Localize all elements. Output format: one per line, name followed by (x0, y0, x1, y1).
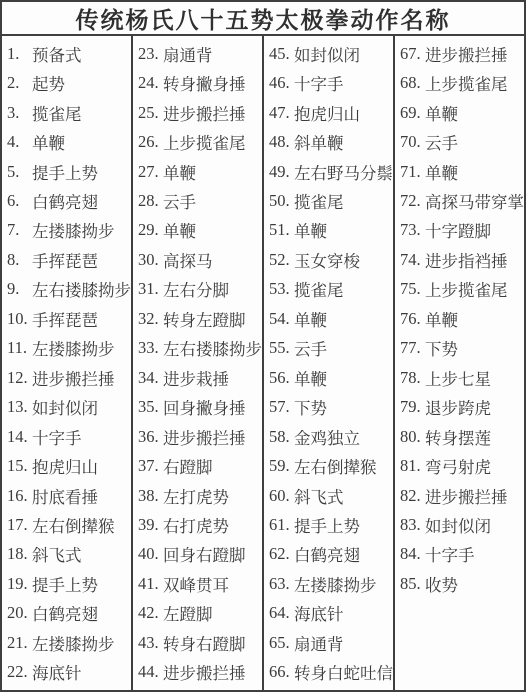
list-item: 24.转身撇身捶 (133, 68, 262, 97)
list-item: 17.左右倒撵猴 (2, 510, 131, 539)
list-item: 7.左搂膝拗步 (2, 216, 131, 245)
list-item-name: 单鞭 (294, 366, 327, 390)
list-item: 1.预备式 (2, 39, 131, 68)
list-item-name: 收势 (425, 572, 458, 596)
list-item-number: 59. (269, 456, 294, 476)
list-item-number: 77. (400, 338, 425, 358)
list-item: 54.单鞭 (264, 304, 393, 333)
list-item-name: 玉女穿梭 (294, 248, 360, 272)
list-item: 30.高探马 (133, 245, 262, 274)
list-item-name: 白鹤亮翅 (32, 601, 98, 625)
list-item-name: 手挥琵琶 (32, 307, 98, 331)
list-item-number: 27. (138, 162, 163, 182)
list-item: 67.进步搬拦捶 (395, 39, 524, 68)
list-item: 12.进步搬拦捶 (2, 363, 131, 392)
list-item-name: 进步栽捶 (163, 366, 229, 390)
list-item-name: 转身摆莲 (425, 425, 491, 449)
list-item: 4.单鞭 (2, 127, 131, 156)
list-item: 43.转身右蹬脚 (133, 628, 262, 657)
list-item: 70.云手 (395, 127, 524, 156)
list-item: 15.抱虎归山 (2, 451, 131, 480)
list-item-number: 44. (138, 662, 163, 682)
list-item-number: 10. (7, 309, 32, 329)
list-item-name: 进步搬拦捶 (163, 660, 246, 684)
list-item: 60.斜飞式 (264, 481, 393, 510)
list-item: 77.下势 (395, 334, 524, 363)
list-item-number: 78. (400, 368, 425, 388)
list-item: 48.斜单鞭 (264, 127, 393, 156)
list-item-number: 52. (269, 250, 294, 270)
list-item: 73.十字蹬脚 (395, 216, 524, 245)
list-item-name: 左右搂膝拗步 (32, 277, 131, 301)
list-item: 46.十字手 (264, 68, 393, 97)
list-item: 68.上步揽雀尾 (395, 68, 524, 97)
list-item: 36.进步搬拦捶 (133, 422, 262, 451)
list-item: 31.左右分脚 (133, 275, 262, 304)
list-item: 76.单鞭 (395, 304, 524, 333)
list-item-number: 80. (400, 427, 425, 447)
list-item-name: 上步揽雀尾 (425, 71, 508, 95)
list-item-number: 54. (269, 309, 294, 329)
list-item-name: 揽雀尾 (294, 189, 344, 213)
list-item-name: 单鞭 (425, 160, 458, 184)
list-item-name: 进步搬拦捶 (163, 425, 246, 449)
list-item-number: 50. (269, 191, 294, 211)
list-item-name: 单鞭 (425, 101, 458, 125)
list-item-name: 左搂膝拗步 (294, 572, 377, 596)
list-item: 20.白鹤亮翅 (2, 599, 131, 628)
list-item-number: 82. (400, 486, 425, 506)
list-item: 57.下势 (264, 392, 393, 421)
list-item: 10.手挥琵琶 (2, 304, 131, 333)
list-item-number: 28. (138, 191, 163, 211)
column-3: 45.如封似闭46.十字手47.抱虎归山48.斜单鞭49.左右野马分鬃50.揽雀… (264, 36, 395, 690)
list-item-name: 金鸡独立 (294, 425, 360, 449)
list-item-name: 上步揽雀尾 (425, 277, 508, 301)
list-item-name: 揽雀尾 (294, 277, 344, 301)
list-item: 63.左搂膝拗步 (264, 569, 393, 598)
list-item: 79.退步跨虎 (395, 392, 524, 421)
list-item-number: 22. (7, 662, 32, 682)
list-item-number: 41. (138, 574, 163, 594)
list-item-name: 转身右蹬脚 (163, 631, 246, 655)
list-item: 5.提手上势 (2, 157, 131, 186)
list-item: 71.单鞭 (395, 157, 524, 186)
list-item-name: 单鞭 (32, 130, 65, 154)
list-item-number: 46. (269, 73, 294, 93)
list-item-name: 回身右蹬脚 (163, 542, 246, 566)
list-item-number: 81. (400, 456, 425, 476)
list-item: 61.提手上势 (264, 510, 393, 539)
list-item: 81.弯弓射虎 (395, 451, 524, 480)
list-item: 27.单鞭 (133, 157, 262, 186)
list-item-number: 29. (138, 220, 163, 240)
list-item (395, 599, 524, 628)
list-item-number: 6. (7, 191, 32, 211)
list-item-number: 47. (269, 103, 294, 123)
list-item: 39.右打虎势 (133, 510, 262, 539)
list-item-name: 左打虎势 (163, 484, 229, 508)
list-item: 29.单鞭 (133, 216, 262, 245)
list-item-name: 左蹬脚 (163, 601, 213, 625)
list-item-name: 斜单鞭 (294, 130, 344, 154)
list-item-name: 转身左蹬脚 (163, 307, 246, 331)
list-item-name: 云手 (425, 130, 458, 154)
list-item-name: 扇通背 (163, 42, 213, 66)
list-item-name: 提手上势 (294, 513, 360, 537)
list-item-number: 60. (269, 486, 294, 506)
list-item: 33.左右搂膝拗步 (133, 334, 262, 363)
list-item: 11.左搂膝拗步 (2, 334, 131, 363)
list-item: 9.左右搂膝拗步 (2, 275, 131, 304)
list-item: 3.揽雀尾 (2, 98, 131, 127)
list-item-name: 下势 (294, 395, 327, 419)
list-item: 56.单鞭 (264, 363, 393, 392)
list-item: 38.左打虎势 (133, 481, 262, 510)
list-item-number: 14. (7, 427, 32, 447)
list-item-name: 左搂膝拗步 (32, 336, 115, 360)
list-item: 78.上步七星 (395, 363, 524, 392)
list-item-name: 左搂膝拗步 (32, 218, 115, 242)
movement-table: 1.预备式2.起势3.揽雀尾4.单鞭5.提手上势6.白鹤亮翅7.左搂膝拗步8.手… (2, 36, 524, 690)
list-item-name: 退步跨虎 (425, 395, 491, 419)
page-title: 传统杨氏八十五势太极拳动作名称 (2, 2, 524, 36)
movement-list-sheet: 传统杨氏八十五势太极拳动作名称 1.预备式2.起势3.揽雀尾4.单鞭5.提手上势… (0, 0, 526, 692)
list-item-name: 进步指裆捶 (425, 248, 508, 272)
list-item-number: 23. (138, 44, 163, 64)
list-item-name: 左搂膝拗步 (32, 631, 115, 655)
list-item: 53.揽雀尾 (264, 275, 393, 304)
list-item: 84.十字手 (395, 540, 524, 569)
list-item-number: 51. (269, 220, 294, 240)
list-item: 45.如封似闭 (264, 39, 393, 68)
list-item-name: 单鞭 (294, 218, 327, 242)
list-item-name: 起势 (32, 71, 65, 95)
list-item-name: 进步搬拦捶 (425, 42, 508, 66)
list-item-number: 64. (269, 603, 294, 623)
list-item-number: 16. (7, 486, 32, 506)
list-item-number: 79. (400, 397, 425, 417)
list-item-number: 74. (400, 250, 425, 270)
list-item-name: 如封似闭 (294, 42, 360, 66)
list-item-number: 49. (269, 162, 294, 182)
list-item: 72.高探马带穿掌 (395, 186, 524, 215)
list-item-name: 手挥琵琶 (32, 248, 98, 272)
list-item-name: 单鞭 (294, 307, 327, 331)
list-item: 25.进步搬拦捶 (133, 98, 262, 127)
list-item: 51.单鞭 (264, 216, 393, 245)
list-item: 55.云手 (264, 334, 393, 363)
list-item-name: 海底针 (294, 601, 344, 625)
list-item-number: 7. (7, 220, 32, 240)
list-item-number: 61. (269, 515, 294, 535)
list-item-name: 白鹤亮翅 (32, 189, 98, 213)
list-item (395, 658, 524, 687)
list-item-number: 38. (138, 486, 163, 506)
list-item: 52.玉女穿梭 (264, 245, 393, 274)
list-item-name: 左右倒撵猴 (294, 454, 377, 478)
list-item-number: 76. (400, 309, 425, 329)
list-item-number: 33. (138, 338, 163, 358)
list-item-number: 71. (400, 162, 425, 182)
list-item-name: 上步揽雀尾 (163, 130, 246, 154)
list-item-number: 36. (138, 427, 163, 447)
list-item-name: 十字蹬脚 (425, 218, 491, 242)
list-item: 22.海底针 (2, 658, 131, 687)
list-item: 69.单鞭 (395, 98, 524, 127)
list-item-number: 83. (400, 515, 425, 535)
list-item-number: 8. (7, 250, 32, 270)
list-item-number: 45. (269, 44, 294, 64)
list-item-name: 左右倒撵猴 (32, 513, 115, 537)
list-item-number: 58. (269, 427, 294, 447)
list-item-name: 右打虎势 (163, 513, 229, 537)
list-item-number: 5. (7, 162, 32, 182)
list-item-name: 左右搂膝拗步 (163, 336, 262, 360)
list-item-name: 十字手 (425, 542, 475, 566)
list-item-number: 43. (138, 633, 163, 653)
list-item-name: 双峰贯耳 (163, 572, 229, 596)
list-item: 42.左蹬脚 (133, 599, 262, 628)
list-item-name: 提手上势 (32, 160, 98, 184)
list-item-name: 斜飞式 (294, 484, 344, 508)
list-item-name: 高探马 (163, 248, 213, 272)
list-item-name: 转身撇身捶 (163, 71, 246, 95)
list-item-name: 右蹬脚 (163, 454, 213, 478)
list-item-name: 高探马带穿掌 (425, 189, 524, 213)
list-item-name: 如封似闭 (425, 513, 491, 537)
list-item: 47.抱虎归山 (264, 98, 393, 127)
list-item-number: 1. (7, 44, 32, 64)
list-item: 62.白鹤亮翅 (264, 540, 393, 569)
list-item-number: 11. (7, 338, 32, 358)
list-item-number: 18. (7, 544, 32, 564)
list-item: 2.起势 (2, 68, 131, 97)
list-item-name: 单鞭 (163, 218, 196, 242)
list-item-number: 68. (400, 73, 425, 93)
list-item: 26.上步揽雀尾 (133, 127, 262, 156)
list-item-name: 回身撇身捶 (163, 395, 246, 419)
list-item-number: 25. (138, 103, 163, 123)
list-item-number: 55. (269, 338, 294, 358)
list-item-number: 75. (400, 279, 425, 299)
list-item-number: 17. (7, 515, 32, 535)
list-item: 28.云手 (133, 186, 262, 215)
list-item-number: 56. (269, 368, 294, 388)
list-item-name: 抱虎归山 (32, 454, 98, 478)
list-item: 18.斜飞式 (2, 540, 131, 569)
list-item-name: 海底针 (32, 660, 82, 684)
list-item-name: 云手 (163, 189, 196, 213)
list-item: 40.回身右蹬脚 (133, 540, 262, 569)
list-item-number: 3. (7, 103, 32, 123)
list-item-name: 云手 (294, 336, 327, 360)
list-item-name: 转身白蛇吐信 (294, 660, 393, 684)
list-item: 35.回身撇身捶 (133, 392, 262, 421)
list-item-number: 35. (138, 397, 163, 417)
list-item-name: 弯弓射虎 (425, 454, 491, 478)
list-item: 21.左搂膝拗步 (2, 628, 131, 657)
list-item-number: 31. (138, 279, 163, 299)
list-item-number: 37. (138, 456, 163, 476)
list-item-name: 肘底看捶 (32, 484, 98, 508)
list-item: 8.手挥琵琶 (2, 245, 131, 274)
list-item: 16.肘底看捶 (2, 481, 131, 510)
list-item-number: 69. (400, 103, 425, 123)
list-item-name: 单鞭 (163, 160, 196, 184)
list-item-number: 19. (7, 574, 32, 594)
list-item-name: 左右野马分鬃 (294, 160, 393, 184)
list-item: 19.提手上势 (2, 569, 131, 598)
list-item: 49.左右野马分鬃 (264, 157, 393, 186)
list-item-number: 63. (269, 574, 294, 594)
list-item-number: 40. (138, 544, 163, 564)
list-item-number: 72. (400, 191, 425, 211)
list-item-number: 67. (400, 44, 425, 64)
list-item-number: 2. (7, 73, 32, 93)
list-item: 74.进步指裆捶 (395, 245, 524, 274)
list-item: 64.海底针 (264, 599, 393, 628)
list-item-name: 抱虎归山 (294, 101, 360, 125)
list-item: 65.扇通背 (264, 628, 393, 657)
list-item-number: 12. (7, 368, 32, 388)
list-item-number: 62. (269, 544, 294, 564)
list-item: 80.转身摆莲 (395, 422, 524, 451)
list-item-number: 15. (7, 456, 32, 476)
list-item-name: 十字手 (32, 425, 82, 449)
list-item-name: 斜飞式 (32, 542, 82, 566)
list-item-number: 32. (138, 309, 163, 329)
list-item-name: 进步搬拦捶 (163, 101, 246, 125)
list-item-name: 进步搬拦捶 (32, 366, 115, 390)
list-item-number: 66. (269, 662, 294, 682)
list-item: 13.如封似闭 (2, 392, 131, 421)
list-item-number: 34. (138, 368, 163, 388)
list-item: 75.上步揽雀尾 (395, 275, 524, 304)
list-item-number: 53. (269, 279, 294, 299)
list-item: 32.转身左蹬脚 (133, 304, 262, 333)
list-item: 59.左右倒撵猴 (264, 451, 393, 480)
list-item-name: 上步七星 (425, 366, 491, 390)
column-4: 67.进步搬拦捶68.上步揽雀尾69.单鞭70.云手71.单鞭72.高探马带穿掌… (395, 36, 524, 690)
list-item-name: 扇通背 (294, 631, 344, 655)
list-item-number: 48. (269, 132, 294, 152)
list-item-name: 下势 (425, 336, 458, 360)
list-item: 85.收势 (395, 569, 524, 598)
list-item: 83.如封似闭 (395, 510, 524, 539)
list-item-name: 预备式 (32, 42, 82, 66)
list-item-number: 70. (400, 132, 425, 152)
list-item-number: 73. (400, 220, 425, 240)
list-item-number: 57. (269, 397, 294, 417)
list-item-number: 20. (7, 603, 32, 623)
list-item-number: 21. (7, 633, 32, 653)
list-item-number: 9. (7, 279, 32, 299)
list-item: 44.进步搬拦捶 (133, 658, 262, 687)
list-item: 34.进步栽捶 (133, 363, 262, 392)
list-item: 58.金鸡独立 (264, 422, 393, 451)
list-item-name: 进步搬拦捶 (425, 484, 508, 508)
list-item-name: 单鞭 (425, 307, 458, 331)
list-item-name: 左右分脚 (163, 277, 229, 301)
list-item: 37.右蹬脚 (133, 451, 262, 480)
list-item-number: 13. (7, 397, 32, 417)
list-item-number: 26. (138, 132, 163, 152)
list-item-name: 如封似闭 (32, 395, 98, 419)
list-item-name: 十字手 (294, 71, 344, 95)
list-item: 66.转身白蛇吐信 (264, 658, 393, 687)
list-item-name: 揽雀尾 (32, 101, 82, 125)
list-item-name: 白鹤亮翅 (294, 542, 360, 566)
list-item-number: 65. (269, 633, 294, 653)
list-item: 82.进步搬拦捶 (395, 481, 524, 510)
column-2: 23.扇通背24.转身撇身捶25.进步搬拦捶26.上步揽雀尾27.单鞭28.云手… (133, 36, 264, 690)
list-item: 50.揽雀尾 (264, 186, 393, 215)
column-1: 1.预备式2.起势3.揽雀尾4.单鞭5.提手上势6.白鹤亮翅7.左搂膝拗步8.手… (2, 36, 133, 690)
list-item: 6.白鹤亮翅 (2, 186, 131, 215)
list-item-number: 4. (7, 132, 32, 152)
list-item-number: 84. (400, 544, 425, 564)
list-item: 41.双峰贯耳 (133, 569, 262, 598)
list-item-number: 30. (138, 250, 163, 270)
list-item-number: 42. (138, 603, 163, 623)
list-item-number: 24. (138, 73, 163, 93)
list-item-name: 提手上势 (32, 572, 98, 596)
list-item: 23.扇通背 (133, 39, 262, 68)
list-item-number: 39. (138, 515, 163, 535)
list-item: 14.十字手 (2, 422, 131, 451)
list-item-number: 85. (400, 574, 425, 594)
list-item (395, 628, 524, 657)
